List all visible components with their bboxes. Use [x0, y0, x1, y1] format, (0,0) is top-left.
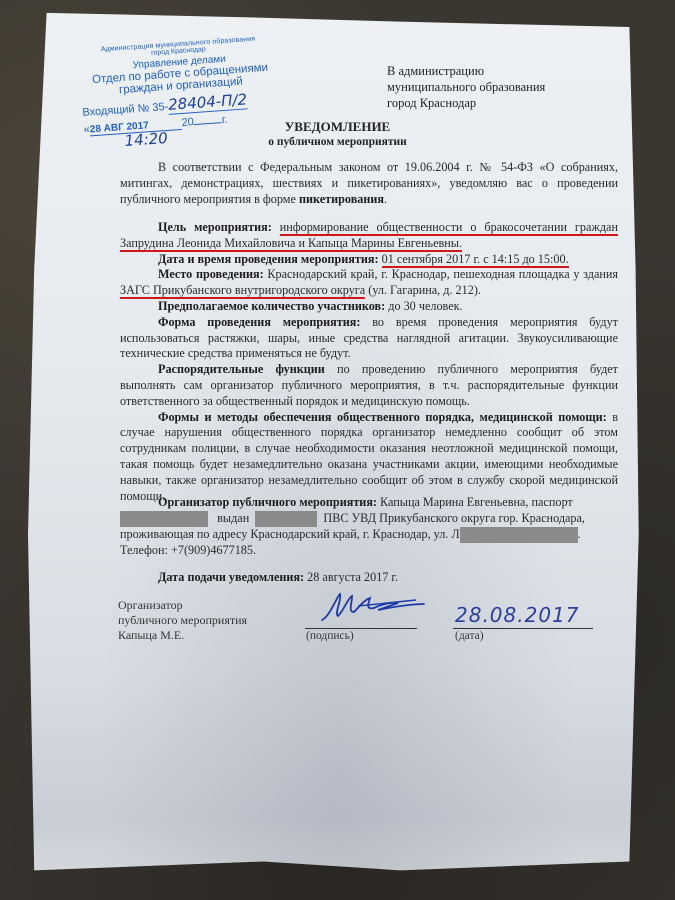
redaction-passport-number	[120, 511, 208, 527]
admin-field: Распорядительные функции по проведению п…	[120, 362, 618, 409]
stamp-incoming-label: Входящий № 35-	[82, 101, 169, 119]
event-details: Цель мероприятия: информирование обществ…	[120, 220, 618, 504]
submission-date: Дата подачи уведомления: 28 августа 2017…	[120, 570, 618, 586]
organizer-label: Организатор публичного мероприятия:	[158, 495, 377, 509]
issued-by: ПВС УВД Прикубанского округа гор. Красно…	[323, 511, 585, 525]
organizer-passport-row: выдан ПВС УВД Прикубанского округа гор. …	[120, 511, 618, 527]
place-value-post: (ул. Гагарина, д. 212).	[365, 283, 481, 297]
date-line	[453, 628, 593, 629]
participants-field: Предполагаемое количество участников: до…	[120, 299, 618, 315]
datetime-field: Дата и время проведения мероприятия: 01 …	[120, 252, 618, 268]
place-value-pre: Краснодарский край, г. Краснодар, пешехо…	[267, 267, 618, 281]
admin-label: Распорядительные функции	[158, 362, 325, 376]
organizer-address-row: проживающая по адресу Краснодарский край…	[120, 527, 618, 543]
datetime-label: Дата и время проведения мероприятия:	[158, 252, 379, 266]
methods-label: Формы и методы обеспечения общественного…	[158, 410, 607, 424]
participants-value: до 30 человек.	[388, 299, 462, 313]
form-label: Форма проведения мероприятия:	[158, 315, 360, 329]
redaction-address	[460, 527, 578, 543]
intro-form: пикетирования	[299, 192, 384, 206]
datetime-value: 01 сентября 2017 г. с 14:15 до 15:00.	[382, 252, 569, 268]
form-field: Форма проведения мероприятия: во время п…	[120, 315, 618, 362]
address-end: .	[578, 527, 581, 541]
goal-field: Цель мероприятия: информирование обществ…	[120, 220, 618, 252]
signature-line	[305, 628, 417, 629]
signature-caption: (подпись)	[306, 630, 354, 642]
signature-block-role: Организатор публичного мероприятия Капыц…	[118, 598, 247, 643]
title-main: УВЕДОМЛЕНИЕ	[0, 119, 675, 135]
redaction-issue-date	[255, 511, 317, 527]
intro-paragraph: В соответствии с Федеральным законом от …	[120, 160, 618, 207]
place-value-underlined: ЗАГС Прикубанского внутригородского окру…	[120, 283, 365, 299]
organizer-phone: Телефон: +7(909)4677185.	[120, 543, 618, 559]
handwritten-signature	[318, 590, 428, 624]
address-label: проживающая по адресу Краснодарский край…	[120, 527, 460, 541]
role-line2: публичного мероприятия	[118, 613, 247, 628]
submission-value: 28 августа 2017 г.	[307, 570, 398, 584]
goal-label: Цель мероприятия:	[158, 220, 272, 234]
addressee-line2: муниципального образования	[387, 79, 545, 95]
title-sub: о публичном мероприятии	[0, 136, 675, 148]
role-line1: Организатор	[118, 598, 247, 613]
methods-field: Формы и методы обеспечения общественного…	[120, 410, 618, 505]
addressee: В администрацию муниципального образован…	[387, 63, 545, 111]
signer-name: Капыца М.Е.	[118, 628, 247, 643]
participants-label: Предполагаемое количество участников:	[158, 299, 385, 313]
addressee-line3: город Краснодар	[387, 95, 545, 111]
place-field: Место проведения: Краснодарский край, г.…	[120, 267, 618, 299]
addressee-line1: В администрацию	[387, 63, 545, 79]
date-caption: (дата)	[455, 630, 484, 642]
place-label: Место проведения:	[158, 267, 264, 281]
handwritten-date: 28.08.2017	[455, 603, 580, 627]
organizer-name: Капыца Марина Евгеньевна, паспорт	[380, 495, 573, 509]
issued-label: выдан	[217, 511, 249, 525]
intro-end: .	[384, 192, 387, 206]
submission-label: Дата подачи уведомления:	[158, 570, 304, 584]
stamp-incoming-number: 28404-П/2	[168, 90, 248, 114]
organizer-section: Организатор публичного мероприятия: Капы…	[120, 495, 618, 559]
